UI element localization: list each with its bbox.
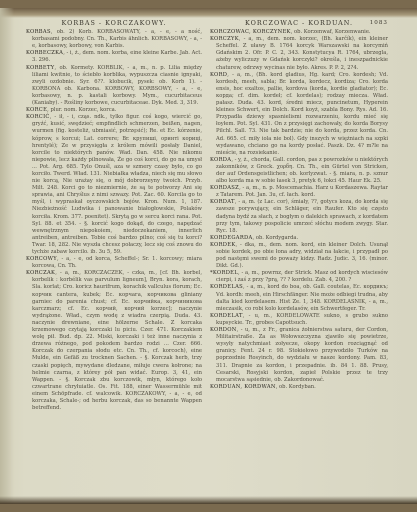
entry-definition: ob. Kordyban.: [279, 384, 316, 390]
right-column: KORCZOWAC - KORDUAN. 1083 KORCZOWAC, KOR…: [210, 20, 388, 391]
entry-definition: ob. Kormety. KORBLIK, - a, m., n. p. Lil…: [32, 65, 202, 106]
entry-definition: - u, m., z Fr., granica żołnierstwa satu…: [216, 327, 388, 383]
dictionary-entry: KORDAT, - a, m. (z Lac. cor), śmiały, ??…: [210, 199, 388, 234]
entry-definition: - a, m., n. p. Moscemachia. Harz u Korda…: [216, 185, 388, 198]
entry-definition: - a, m., (Bh. kord gladius, Hg. kard; Cr…: [216, 72, 388, 156]
page-bottom-shadow: [0, 496, 417, 504]
entry-headword: KORBETY: [26, 65, 54, 71]
left-column: KORBAS - KORCZAKOWY. KORBAS, ob. 2) Korb…: [26, 20, 202, 412]
dictionary-entry: KORCOWY, - a, - e, od korca, Scheffel-; …: [26, 256, 202, 270]
entry-headword: KORCIĆ: [26, 114, 50, 120]
dictionary-entry: KORCZAK, - a, m., KORCZACZEK, - czka, m.…: [26, 270, 202, 412]
dictionary-entry: KORDELAS, - a, m., kord do boa, ob. Gall…: [210, 284, 388, 312]
entry-definition: plur. nom. Korzec, korca.: [50, 107, 116, 113]
dictionary-entry: *KORDEL, - a, m., powrnz, der Strick. Ma…: [210, 270, 388, 284]
entry-headword: KORCZYK: [210, 36, 239, 42]
entry-headword: KORDELAT: [210, 313, 243, 319]
dictionary-entry: KORDA, - y, ż., chorda, Gall. cordon, pa…: [210, 157, 388, 185]
dictionary-entry: KORBECZKA, - i, ż., dem. nom. korba, ein…: [26, 50, 202, 64]
scanned-dictionary-page: KORBAS - KORCZAKOWY. KORBAS, ob. 2) Korb…: [0, 8, 417, 504]
dictionary-entry: KORDASZ, - a, m., n. p. Moscemachia. Har…: [210, 185, 388, 199]
entry-definition: - ił, - i, cząs. ndk., tylko figur. coś …: [32, 114, 202, 255]
entry-headword: KORCE: [26, 107, 47, 113]
entry-definition: - a, m., KORCZACZEK, - czka, m., [cf. Bh…: [32, 270, 202, 411]
dictionary-entry: KORDUAN, KORDWAN, ob. Kordyban.: [210, 384, 388, 391]
dictionary-entry: KORBAS, ob. 2) Korb. KORBASOWATY, - a, -…: [26, 29, 202, 50]
right-entries: KORCZOWAC, KORCZYNEK, ob. Korzenwaf, Kor…: [210, 29, 388, 391]
entry-headword: KORDA: [210, 157, 231, 163]
entry-definition: ob. Kordygarda.: [256, 235, 298, 241]
entry-headword: KORDON: [210, 327, 237, 333]
dictionary-entry: KORDELAT, - u, m., KORDELOWATE sukno, s …: [210, 313, 388, 327]
entry-headword: KORDUAN, KORDWAN: [210, 384, 276, 390]
dictionary-entry: KORDEGARDA, ob. Kordygarda.: [210, 235, 388, 242]
entry-headword: KORBAS: [26, 29, 51, 35]
entry-headword: KORDAT: [210, 199, 235, 205]
entry-headword: KORDASZ: [210, 185, 239, 191]
left-running-header: KORBAS - KORCZAKOWY.: [26, 20, 202, 27]
dictionary-entry: KORD, - a, m., (Bh. kord gladius, Hg. ka…: [210, 72, 388, 157]
left-entries: KORBAS, ob. 2) Korb. KORBASOWATY, - a, -…: [26, 29, 202, 412]
entry-headword: KORCZOWAC, KORCZYNEK: [210, 29, 291, 35]
dictionary-entry: KORCIĆ, - ił, - i, cząs. ndk., tylko fig…: [26, 114, 202, 256]
dictionary-entry: KORCZYK, - a, m., dem. nom. korzec, (Bh.…: [210, 36, 388, 71]
entry-headword: KORD: [210, 72, 227, 78]
entry-definition: - a, - e, od korca, Scheffel-; Sr. 1. ko…: [32, 256, 202, 269]
entry-definition: - a, m. (z Lac. cor), śmiały, ??, gotycs…: [216, 199, 388, 233]
dictionary-entry: KORDON, - u, m., z Fr., granica żołniers…: [210, 327, 388, 384]
entry-headword: KORBECZKA: [26, 50, 63, 56]
right-running-header: KORCZOWAC - KORDUAN. 1083: [210, 20, 388, 27]
entry-headword: *KORDEL: [210, 270, 238, 276]
page-gutter: [0, 8, 14, 504]
entry-headword: KORCOWY: [26, 256, 57, 262]
entry-definition: - dka, m., dem. nom. kord, ein kleiner D…: [216, 242, 388, 269]
entry-headword: KORCZAK: [26, 270, 55, 276]
entry-definition: - y, ż., chorda, Gall. cordon, pas z pow…: [216, 157, 388, 184]
entry-headword: KORDEGARDA: [210, 235, 253, 241]
entry-definition: - a, m., powrnz, der Strick. Masz od kor…: [216, 270, 388, 283]
dictionary-entry: KORDEK, - dka, m., dem. nom. kord, ein k…: [210, 242, 388, 270]
page-top-shadow: [0, 8, 417, 18]
entry-definition: - a, m., dem. nom. korzec, (Bh. karčík),…: [216, 36, 388, 70]
entry-definition: ob. Korzenwaf, Korzenwanie.: [294, 29, 371, 35]
entry-definition: ob. 2) Korb. KORBASOWATY, - a, - e, - a …: [32, 29, 202, 49]
dictionary-entry: KORBETY, ob. Kormety. KORBLIK, - a, m., …: [26, 65, 202, 108]
page-number: 1083: [370, 20, 388, 27]
entry-headword: KORDELAS: [210, 284, 243, 290]
entry-headword: KORDEK: [210, 242, 236, 248]
